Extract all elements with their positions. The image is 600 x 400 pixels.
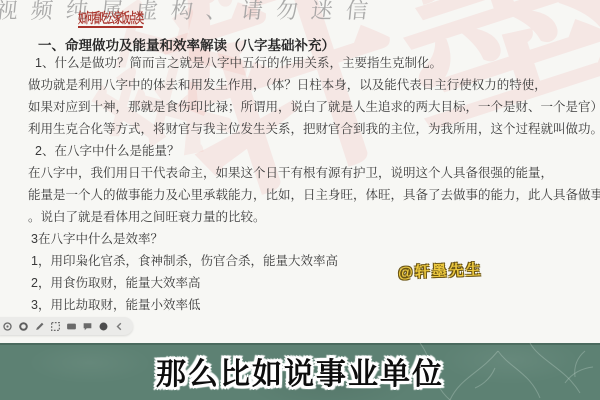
select-region-icon[interactable] bbox=[50, 321, 61, 332]
doc-line: 如果对应到十神，那就是食伤印比禄；所谓用，说白了就是人生追求的两大目标，一个是财… bbox=[0, 96, 600, 118]
doc-line: 。说白了就是看体用之间旺衰力量的比较。 bbox=[0, 206, 600, 228]
comment-icon[interactable] bbox=[82, 321, 93, 332]
video-frame: 轩墨先生 轩墨先生 视频纯属虚构、请勿迷信 如何看吃公家饭点类 一、命理做功及能… bbox=[0, 0, 600, 400]
collapse-chevron-icon[interactable] bbox=[114, 321, 125, 332]
video-subtitle: 那么比如说事业单位 bbox=[0, 349, 600, 393]
doc-line: 2，用食伤取财，能量大效率高 bbox=[0, 272, 600, 294]
doc-line: 做功就是利用八字中的体去和用发生作用，（体？日柱本身，以及能代表日主行使权力的特… bbox=[0, 74, 600, 96]
pen-icon[interactable] bbox=[34, 321, 45, 332]
caption-band: 那么比如说事业单位 bbox=[0, 343, 600, 400]
document-body: 1、什么是做功？简而言之就是八字中五行的作用关系，主要指生克制化。 做功就是利用… bbox=[0, 52, 600, 316]
document-heading: 一、命理做功及能量和效率解读（八字基础补充） bbox=[38, 34, 335, 54]
author-watermark: @轩墨先生 bbox=[398, 259, 483, 283]
doc-line: 1，用印枭化官杀，食神制杀，伤官合杀，能量大效率高 bbox=[0, 250, 600, 272]
doc-line: 3，用比劫取财，能量小效率低 bbox=[0, 294, 600, 316]
laser-pointer-icon[interactable] bbox=[2, 321, 13, 332]
ring-icon[interactable] bbox=[18, 321, 29, 332]
doc-line: 3在八字中什么是效率？ bbox=[0, 228, 600, 250]
doc-line: 在八字中，我们用日干代表命主，如果这个日干有根有源有护卫，说明这个人具备很强的能… bbox=[0, 162, 600, 184]
doc-line: 利用生克合化等方式，将财官与我主位发生关系，把财官合到我的主位，为我所用，这个过… bbox=[0, 118, 600, 140]
document-page: 轩墨先生 轩墨先生 视频纯属虚构、请勿迷信 如何看吃公家饭点类 一、命理做功及能… bbox=[0, 0, 600, 343]
doc-line: 能量是一个人的做事能力及心里承载能力，比如，日主身旺，体旺，具备了去做事的能力，… bbox=[0, 184, 600, 206]
doc-line: 1、什么是做功？简而言之就是八字中五行的作用关系，主要指生克制化。 bbox=[0, 52, 600, 74]
more-icon[interactable] bbox=[98, 321, 109, 332]
doc-line: 2、在八字中什么是能量？ bbox=[0, 140, 600, 162]
annotation-toolbar bbox=[0, 317, 133, 335]
red-scribble-note: 如何看吃公家饭点类 bbox=[78, 11, 143, 28]
disclaimer-watermark: 视频纯属虚构、请勿迷信 bbox=[0, 0, 383, 25]
video-icon[interactable] bbox=[66, 321, 77, 332]
